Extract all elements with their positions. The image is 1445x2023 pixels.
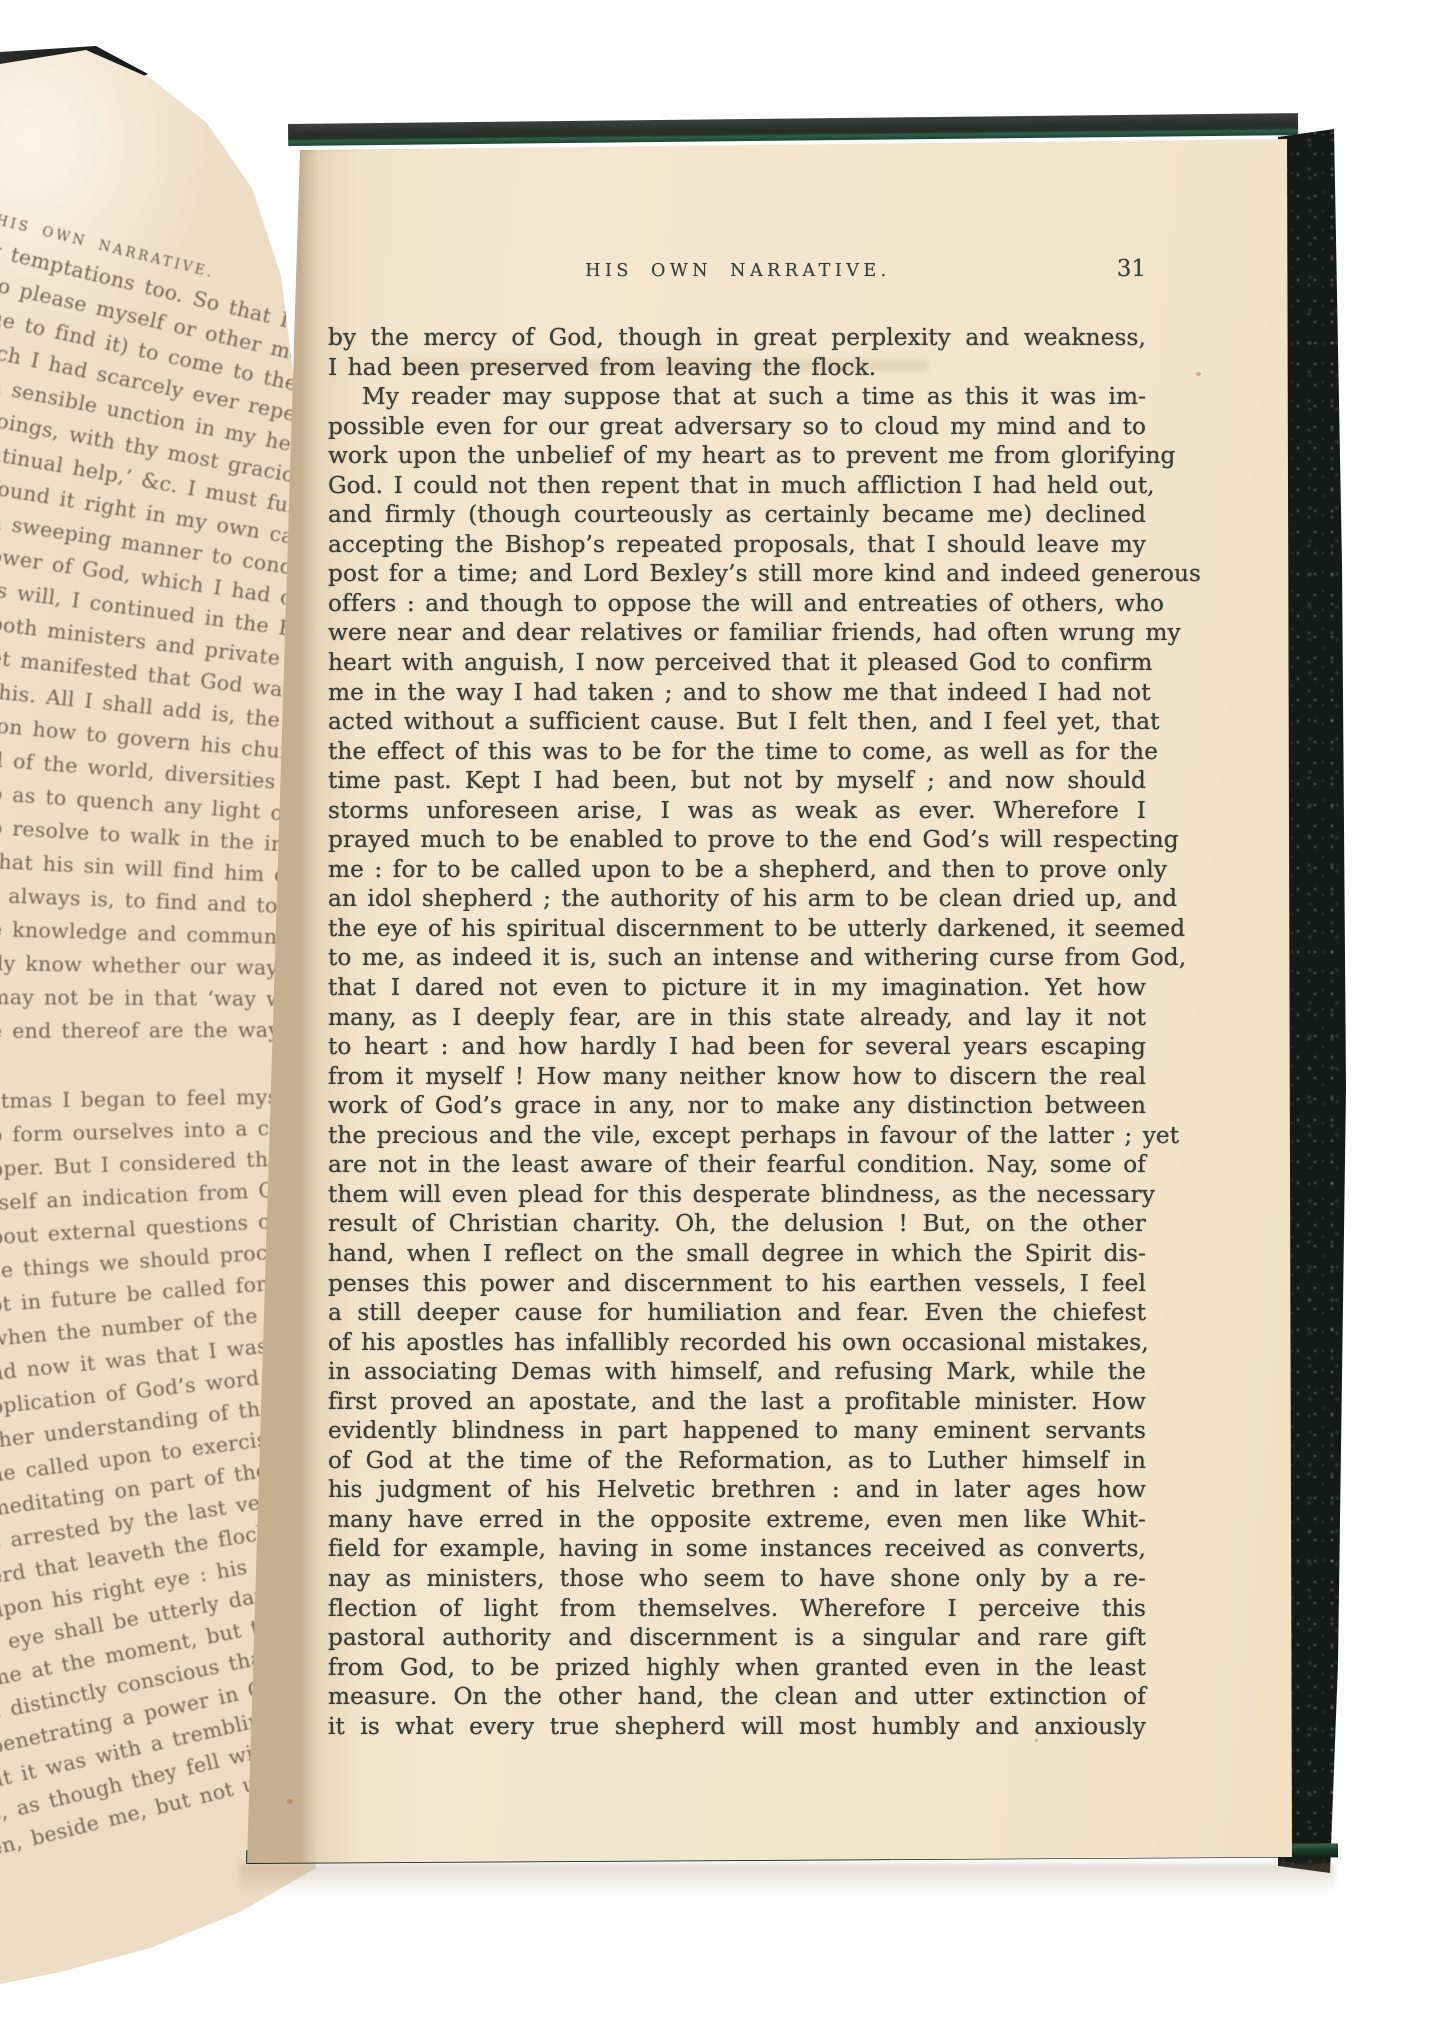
text-line: and firmly (though courteously as certai…: [328, 500, 1146, 530]
text-line: offers : and though to oppose the will a…: [328, 589, 1146, 619]
text-line: were near and dear relatives or familiar…: [328, 618, 1146, 648]
right-page-text: by the mercy of God, though in great per…: [328, 323, 1146, 1741]
foxing-speck: [287, 1799, 293, 1804]
text-line: prayed much to be enabled to prove to th…: [328, 825, 1146, 855]
text-line: penses this power and discernment to his…: [328, 1269, 1146, 1299]
text-line: to heart : and how hardly I had been for…: [328, 1032, 1146, 1062]
text-line: storms unforeseen arise, I was as weak a…: [328, 796, 1146, 826]
text-line: his judgment of his Helvetic brethren : …: [328, 1475, 1146, 1505]
text-line: evidently blindness in part happened to …: [328, 1416, 1146, 1446]
text-line: pastoral authority and discernment is a …: [328, 1623, 1146, 1653]
text-line: it is what every true shepherd will most…: [328, 1712, 1146, 1742]
text-line: I had been preserved from leaving the fl…: [328, 353, 1146, 383]
book-shadow: [240, 1864, 1335, 1894]
right-page-running-header: HIS OWN NARRATIVE.: [330, 261, 1146, 281]
text-line: are not in the least aware of their fear…: [328, 1150, 1146, 1180]
text-line: post for a time; and Lord Bexley’s still…: [328, 559, 1146, 589]
text-line: acted without a sufficient cause. But I …: [328, 707, 1146, 737]
text-line: work of God’s grace in any, nor to make …: [328, 1091, 1146, 1121]
text-line: the precious and the vile, except perhap…: [328, 1121, 1146, 1151]
text-line: me in the way I had taken ; and to show …: [328, 678, 1146, 708]
text-line: the eye of his spiritual discernment to …: [328, 914, 1146, 944]
page-number: 31: [1060, 256, 1146, 282]
text-line: result of Christian charity. Oh, the del…: [328, 1209, 1146, 1239]
text-line: My reader may suppose that at such a tim…: [328, 382, 1146, 412]
foxing-speck: [1035, 1739, 1038, 1742]
text-line: work upon the unbelief of my heart as to…: [328, 441, 1146, 471]
text-line: nay as ministers, those who seem to have…: [328, 1564, 1146, 1594]
text-line: measure. On the other hand, the clean an…: [328, 1682, 1146, 1712]
text-line: many, as I deeply fear, are in this stat…: [328, 1003, 1146, 1033]
text-line: that I dared not even to picture it in m…: [328, 973, 1146, 1003]
text-line: many have erred in the opposite extreme,…: [328, 1505, 1146, 1535]
text-line: an idol shepherd ; the authority of his …: [328, 884, 1146, 914]
text-line: field for example, having in some instan…: [328, 1534, 1146, 1564]
text-line: God. I could not then repent that in muc…: [328, 471, 1146, 501]
text-line: from God, to be prized highly when grant…: [328, 1653, 1146, 1683]
text-line: by the mercy of God, though in great per…: [328, 323, 1146, 353]
text-line: them will even plead for this desperate …: [328, 1180, 1146, 1210]
text-line: accepting the Bishop’s repeated proposal…: [328, 530, 1146, 560]
text-line: of his apostles has infallibly recorded …: [328, 1328, 1146, 1358]
text-line: in associating Demas with himself, and r…: [328, 1357, 1146, 1387]
open-book-photo: HIS OWN NARRATIVE. y temptations too. So…: [0, 0, 1445, 2023]
text-line: possible even for our great adversary so…: [328, 412, 1146, 442]
text-line: first proved an apostate, and the last a…: [328, 1387, 1146, 1417]
text-line: to me, as indeed it is, such an intense …: [328, 943, 1146, 973]
foxing-speck: [1196, 372, 1201, 376]
text-line: a still deeper cause for humiliation and…: [328, 1298, 1146, 1328]
text-line: me : for to be called upon to be a sheph…: [328, 855, 1146, 885]
text-line: from it myself ! How many neither know h…: [328, 1062, 1146, 1092]
text-line: hand, when I reflect on the small degree…: [328, 1239, 1146, 1269]
text-line: heart with anguish, I now perceived that…: [328, 648, 1146, 678]
text-line: the effect of this was to be for the tim…: [328, 737, 1146, 767]
text-line: time past. Kept I had been, but not by m…: [328, 766, 1146, 796]
text-line: flection of light from themselves. Where…: [328, 1594, 1146, 1624]
text-line: of God at the time of the Reformation, a…: [328, 1446, 1146, 1476]
